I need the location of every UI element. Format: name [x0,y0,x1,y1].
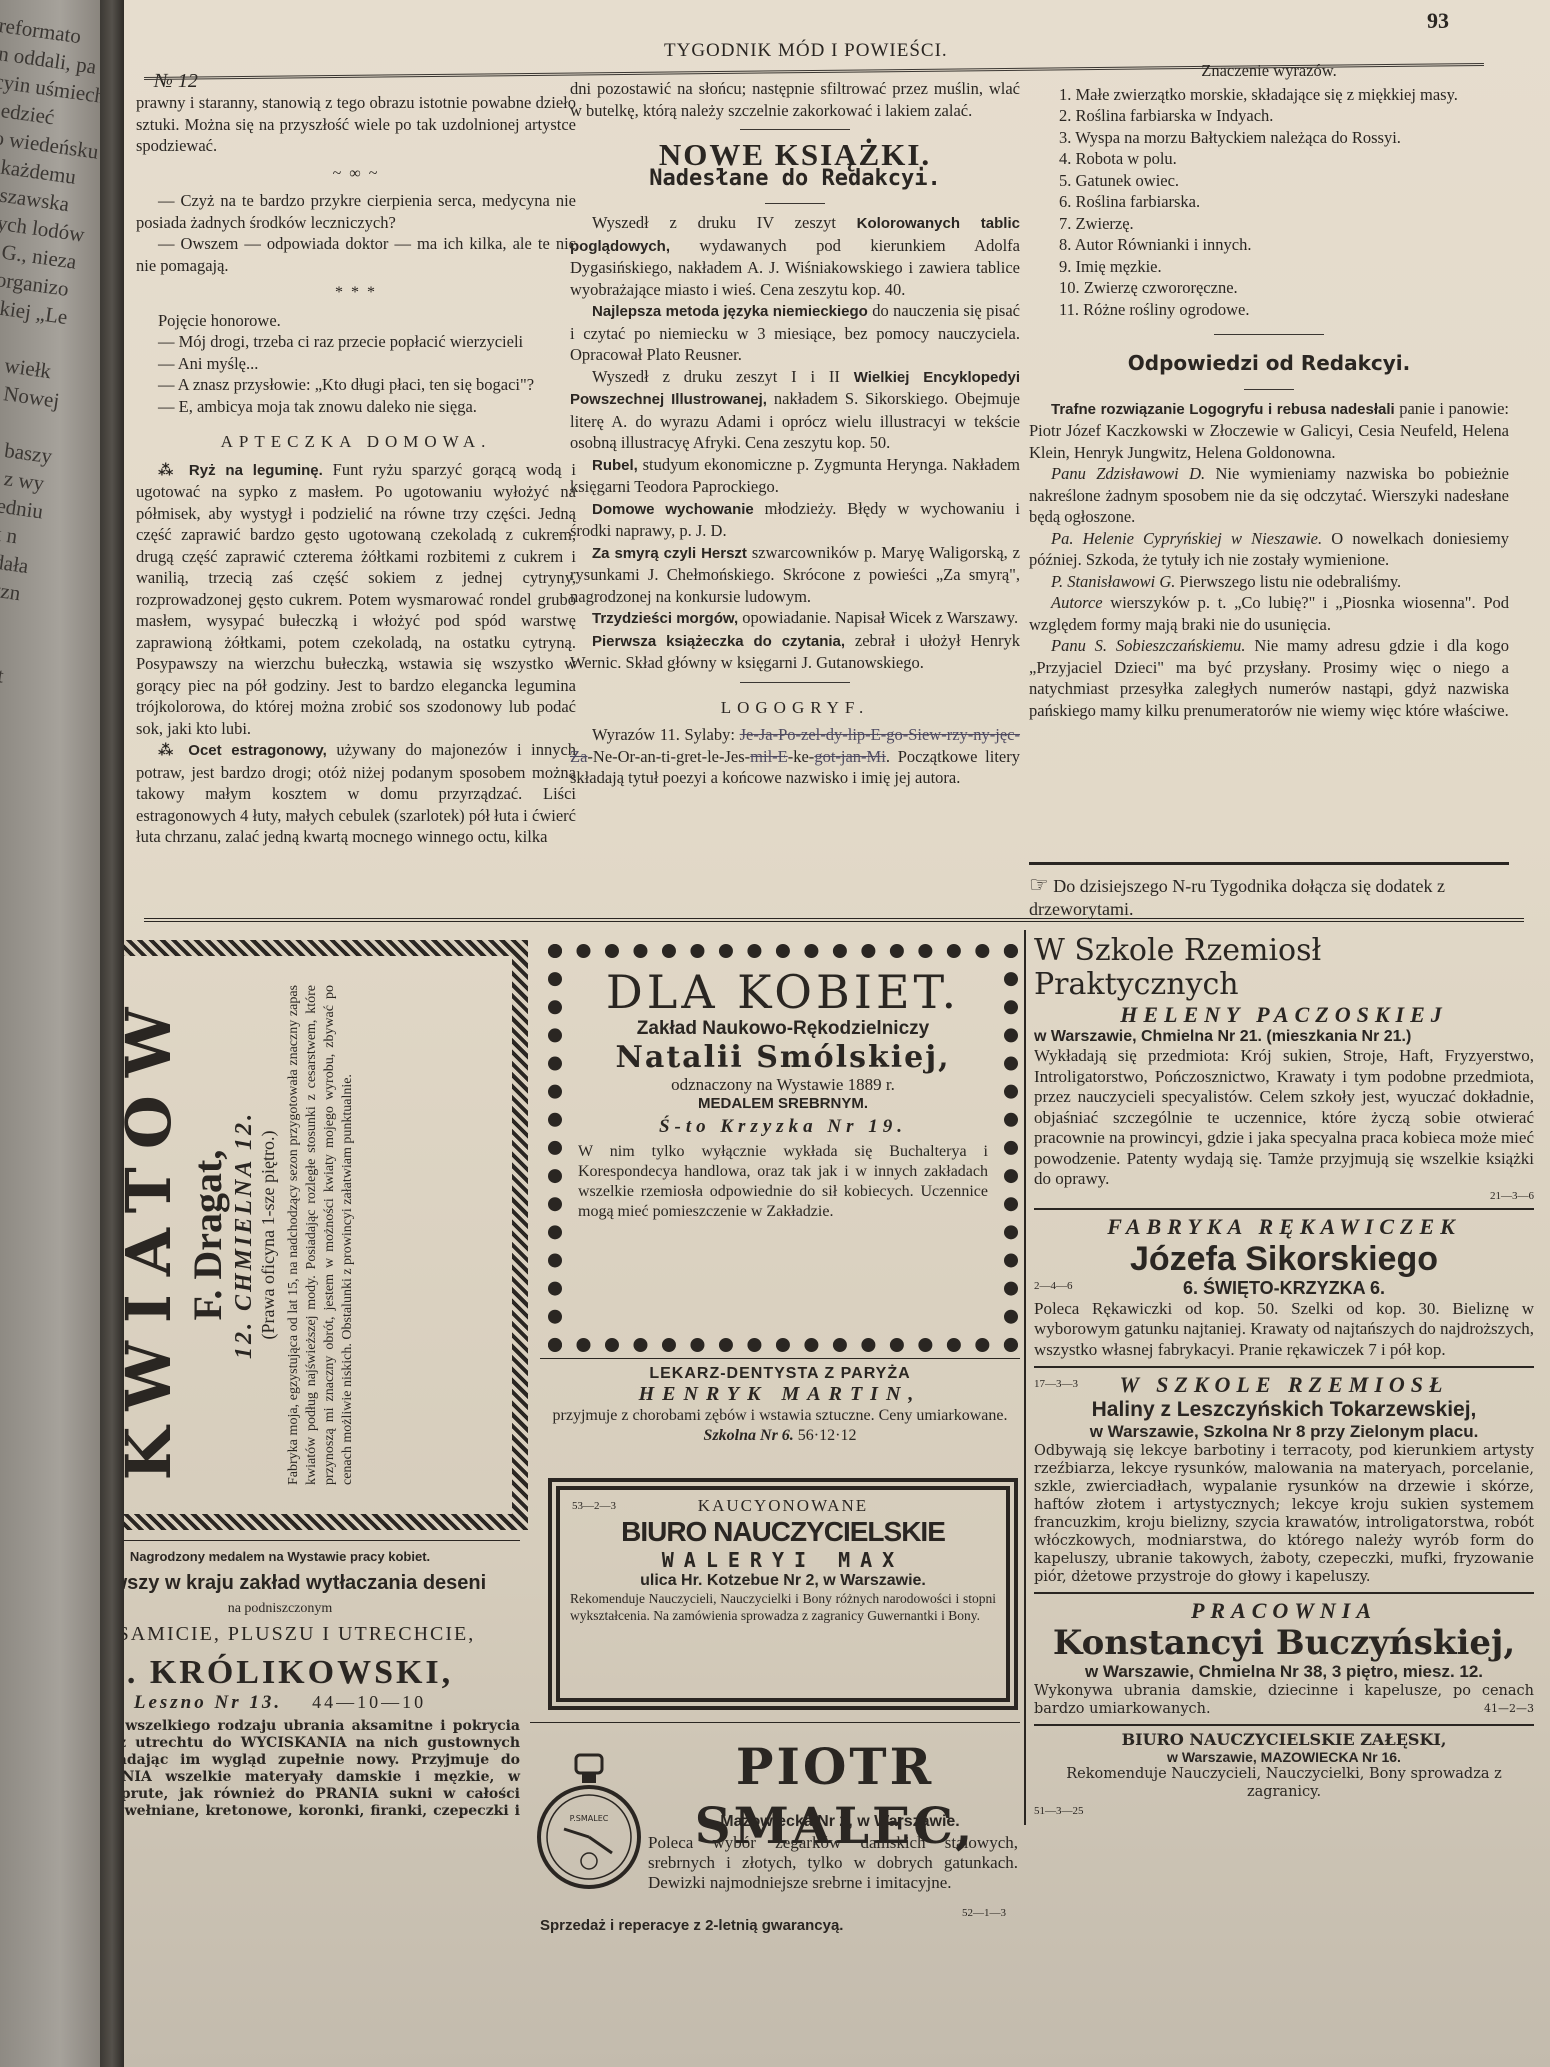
ads-right-column: W Szkole Rzemiosł Praktycznych HELENY PA… [1024,930,1534,1825]
ad-sikorskiego: FABRYKA RĘKAWICZEK Józefa Sikorskiego 2—… [1034,1210,1534,1369]
meaning-item: 2. Roślina farbiarska w Indyach. [1029,105,1509,127]
book-title: Za smyrą czyli Herszt [592,545,747,562]
pocket-watch-icon: P.SMALEC [534,1753,644,1893]
meaning-item: 11. Różne rośliny ogrodowe. [1029,299,1509,321]
meaning-item: 3. Wyspa na morzu Bałtyckiem należąca do… [1029,127,1509,149]
ad-flower-factory: SPECYALNA FABRYKA KWIATÓW F. Dragat, 12.… [124,940,528,1530]
previous-page-edge: -reformatoon oddali, pagcyin uśmiechwied… [0,0,100,2067]
divider [765,203,825,204]
meaning-item: 5. Gatunek owiec. [1029,170,1509,192]
reply-addressee: Pa. Helenie Cypryńskiej w Nieszawie. [1051,529,1322,548]
column-2: dni pozostawić na słońcu; następnie sfil… [570,78,1020,789]
section-subtitle: Nadesłane do Redakcyi. [570,168,1020,190]
book-entry: Wyszedł z druku zeszyt I i II Wielkiej E… [570,366,1020,454]
book-entry: Wyszedł z druku IV zeszyt Kolorowanych t… [570,212,1020,300]
dialogue-line: — Mój drogi, trzeba ci raz przecie popła… [136,331,576,353]
ad-dentist: LEKARZ-DENTYSTA Z PARYŻA HENRYK MARTIN, … [540,1358,1020,1446]
reply-addressee: Panu S. Sobieszczańskiemu. [1051,636,1246,655]
ornament-divider: ~ ∞ ~ [136,163,576,185]
meaning-item: 10. Zwierzę czwororęczne. [1029,277,1509,299]
dialogue-line: — Owszem — odpowiada doktor — ma ich kil… [136,233,576,276]
divider [1244,389,1294,390]
section-title-logogryf: LOGOGRYF. [570,697,1020,719]
ad-zaleski: BIURO NAUCZYCIELSKIE ZAŁĘSKI, w Warszawi… [1034,1726,1534,1825]
section-title-replies: Odpowiedzi od Redakcyi. [1029,353,1509,375]
book-title: Najlepsza metoda języka niemieckiego [592,303,868,320]
meaning-item: 6. Roślina farbiarska. [1029,191,1509,213]
newspaper-page: № 12 TYGODNIK MÓD I POWIEŚCI. 93 prawny … [124,0,1550,2067]
book-spine [100,0,124,2067]
divider [1214,334,1324,335]
meaning-item: 4. Robota w polu. [1029,148,1509,170]
column-1: prawny i staranny, stanowią z tego obraz… [136,92,576,848]
reply-addressee: Autorce [1051,593,1103,612]
reply-entry: Pa. Helenie Cypryńskiej w Nieszawie. O n… [1029,528,1509,571]
book-entry: Rubel, studyum ekonomiczne p. Zygmunta H… [570,454,1020,498]
previous-page-text: -reformatoon oddali, pagcyin uśmiechwied… [0,10,100,885]
reply-addressee: Panu Zdzisławowi D. [1051,464,1205,483]
recipe-continued: dni pozostawić na słońcu; następnie sfil… [570,78,1020,121]
ad-title: J. KRÓLIKOWSKI, [124,1654,520,1692]
book-entry: Domowe wychowanie młodzieży. Błędy w wyc… [570,498,1020,542]
ad-paczoskiej: W Szkole Rzemiosł Praktycznych HELENY PA… [1034,930,1534,1210]
reply-entry: Autorce wierszyków p. t. „Co lubię?" i „… [1029,592,1509,635]
logogryph-puzzle: Wyrazów 11. Sylaby: Je-Ja-Po-zel-dy-lip-… [570,724,1020,789]
solvers-paragraph: Trafne rozwiązanie Logogryfu i rebusa na… [1029,398,1509,464]
divider [740,682,850,683]
supplement-notice: ☞ Do dzisiejszego N-ru Tygodnika dołącza… [1029,862,1509,921]
book-title: Pierwsza książeczka do czytania, [592,633,845,650]
ad-flower-content: SPECYALNA FABRYKA KWIATÓW F. Dragat, 12.… [124,965,493,1505]
dialogue-line: — Ani myślę... [136,353,576,375]
book-list: Wyszedł z druku IV zeszyt Kolorowanych t… [570,212,1020,674]
book-title: Rubel, [592,457,638,474]
meaning-item: 1. Małe zwierzątko morskie, składające s… [1029,84,1509,106]
book-entry: Trzydzieści morgów, opowiadanie. Napisał… [570,607,1020,630]
meanings-heading: Znaczenie wyrazów. [1029,60,1509,82]
meaning-item: 7. Zwierzę. [1029,213,1509,235]
ad-krolikowski: Nagrodzony medalem na Wystawie pracy kob… [124,1540,520,1837]
dialogue-line: — Czyż na te bardzo przykre cierpienia s… [136,190,576,233]
divider [740,129,850,130]
meanings-list: 1. Małe zwierzątko morskie, składające s… [1029,84,1509,321]
meaning-item: 9. Imię męzkie. [1029,256,1509,278]
recipe-vinegar: ⁂ Ocet estragonowy, używany do majonezów… [136,739,576,848]
replies-list: Panu Zdzisławowi D. Nie wymieniamy nazwi… [1029,463,1509,721]
recipe-title: ⁂ Ocet estragonowy, [158,742,327,759]
reply-addressee: P. Stanisławowi G. [1051,572,1175,591]
recipe-title: ⁂ Ryż na leguminę. [158,462,323,479]
art-paragraph: prawny i staranny, stanowią z tego obraz… [136,92,576,157]
dialogue-line: — A znasz przysłowie: „Kto długi płaci, … [136,374,576,396]
book-entry: Najlepsza metoda języka niemieckiego do … [570,300,1020,366]
issue-number: № 12 [154,70,198,93]
ad-piotr-smalec: P.SMALEC PIOTR SMALEC, Mazowiecka Nr 2, … [530,1722,1020,1983]
ad-dla-kobiet: DLA KOBIET. Zakład Naukowo-Rękodzielnicz… [548,944,1018,1352]
ad-buczynskiej: PRACOWNIA Konstancyi Buczyńskiej, w Wars… [1034,1594,1534,1726]
asterism: * * * [136,282,576,304]
pointing-hand-icon: ☞ [1029,872,1049,897]
page-header: № 12 TYGODNIK MÓD I POWIEŚCI. 93 [124,28,1550,64]
column-3: Znaczenie wyrazów. 1. Małe zwierzątko mo… [1029,60,1509,721]
book-title: Trzydzieści morgów, [592,610,738,627]
recipe-rice: ⁂ Ryż na leguminę. Funt ryżu sparzyć gor… [136,459,576,740]
anecdote-title: Pojęcie honorowe. [136,310,576,332]
ornamental-title: KWIATÓW [124,965,184,1505]
dialogue-line: — E, ambicya moja tak znowu daleko nie s… [136,396,576,418]
book-entry: Za smyrą czyli Herszt szwarcowników p. M… [570,542,1020,608]
book-entry: Pierwsza książeczka do czytania, zebrał … [570,630,1020,674]
reply-entry: Panu S. Sobieszczańskiemu. Nie mamy adre… [1029,635,1509,721]
masthead-title: TYGODNIK MÓD I POWIEŚCI. [664,40,948,62]
section-title-apteczka: APTECZKA DOMOWA. [136,431,576,453]
section-title-new-books: NOWE KSIĄŻKI. [570,144,1020,166]
ad-biuro-max: 53—2—3 KAUCYONOWANE BIURO NAUCZYCIELSKIE… [548,1478,1018,1710]
page-number: 93 [1427,8,1449,34]
reply-entry: P. Stanisławowi G. Pierwszego listu nie … [1029,571,1509,593]
book-title: Domowe wychowanie [592,501,754,518]
ad-tokarzewskiej: 17—3—3W SZKOLE RZEMIOSŁ Haliny z Leszczy… [1034,1368,1534,1594]
reply-entry: Panu Zdzisławowi D. Nie wymieniamy nazwi… [1029,463,1509,528]
ads-separator-rule [144,918,1524,922]
svg-text:P.SMALEC: P.SMALEC [570,1814,609,1823]
meaning-item: 8. Autor Równianki i innych. [1029,234,1509,256]
ad-title: DLA KOBIET. [578,966,988,1018]
